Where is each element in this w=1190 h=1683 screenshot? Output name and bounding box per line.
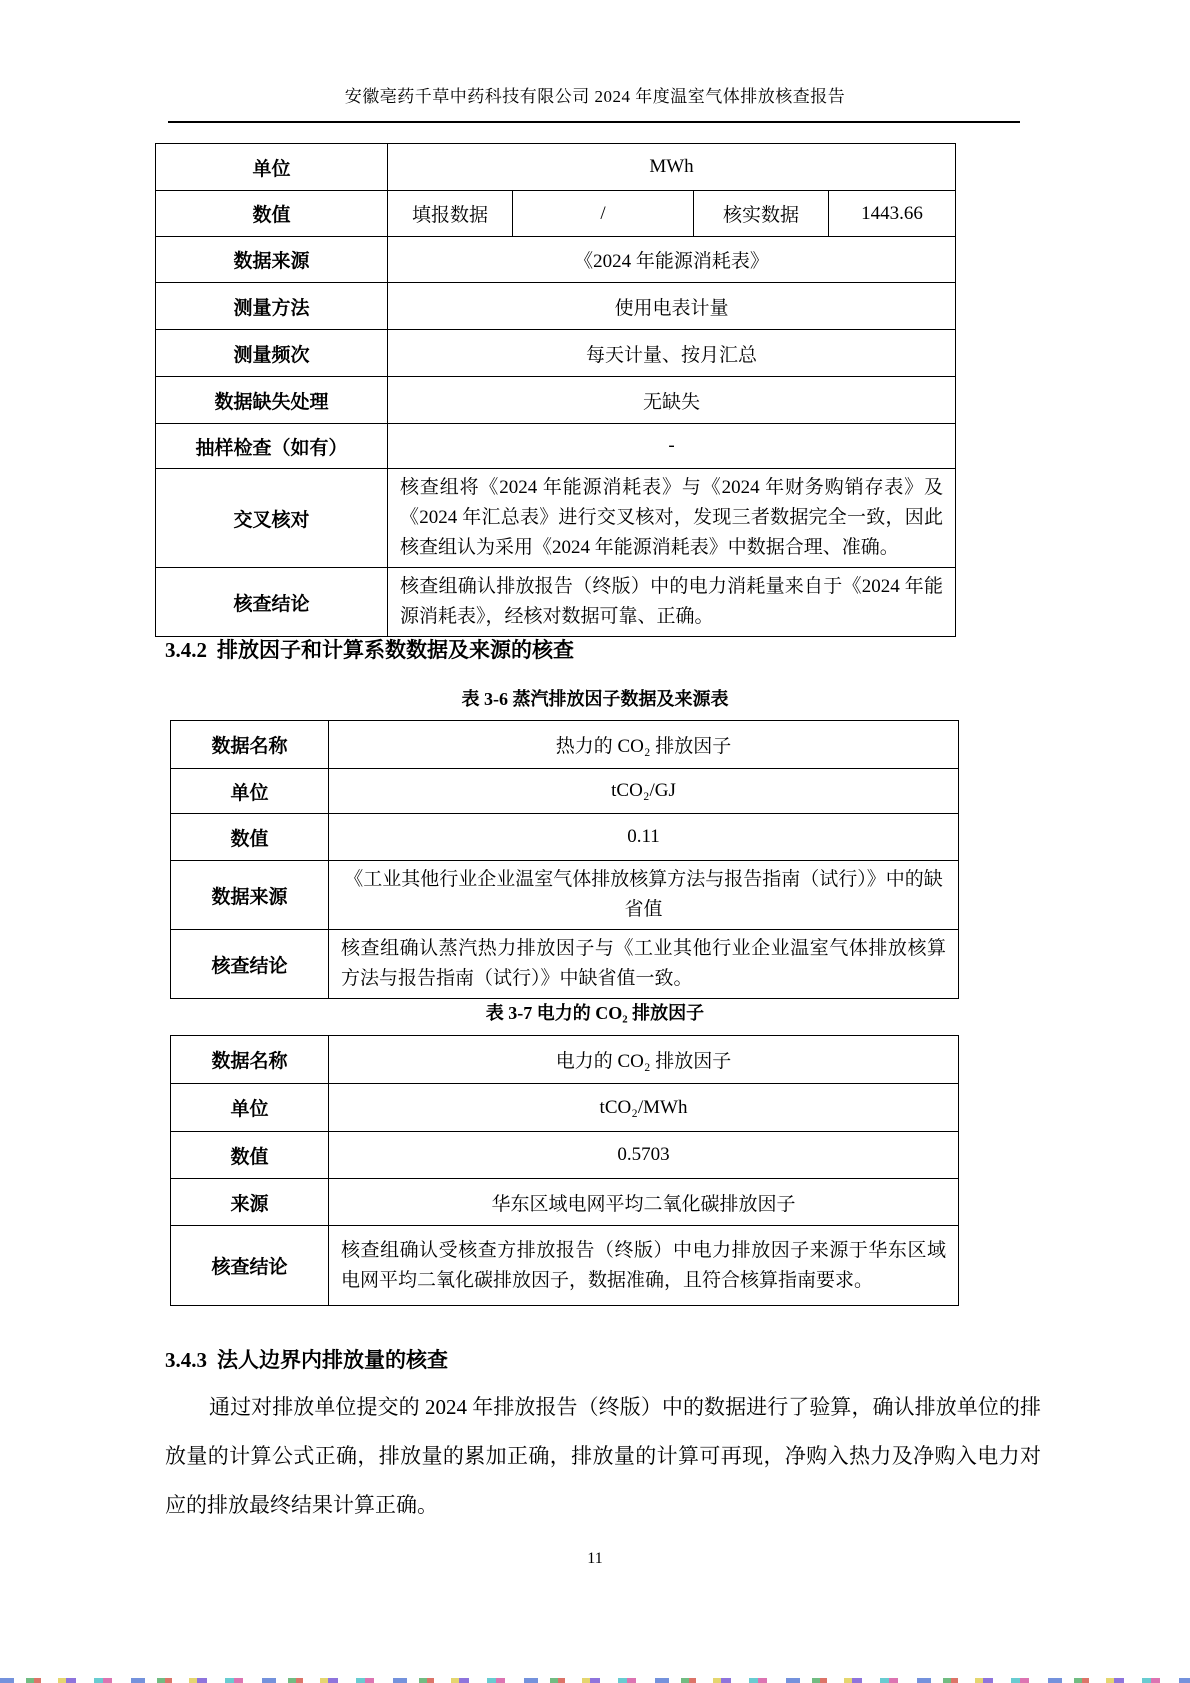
section-title: 法人边界内排放量的核查 — [217, 1348, 448, 1372]
row-label: 抽样检查（如有） — [156, 424, 388, 469]
section-3-4-3-paragraph: 通过对排放单位提交的 2024 年排放报告（终版）中的数据进行了验算，确认排放单… — [165, 1383, 1041, 1530]
table-3-7-caption: 表 3-7 电力的 CO₂ 排放因子 — [0, 999, 1190, 1025]
table-row: 数据名称 电力的 CO₂ 排放因子 — [171, 1036, 959, 1084]
section-heading-3-4-3: 3.4.3法人边界内排放量的核查 — [165, 1344, 448, 1374]
table-row: 数据来源 《工业其他行业企业温室气体排放核算方法与报告指南（试行）》中的缺省值 — [171, 861, 959, 930]
row-label: 核查结论 — [156, 568, 388, 637]
row-value: 热力的 CO₂ 排放因子 — [329, 721, 959, 769]
table-row: 数据名称 热力的 CO₂ 排放因子 — [171, 721, 959, 769]
reported-data-value: / — [513, 191, 694, 237]
row-label: 数值 — [171, 814, 329, 861]
verification-conclusion-text: 核查组确认蒸汽热力排放因子与《工业其他行业企业温室气体排放核算方法与报告指南（试… — [329, 930, 959, 999]
page-header-title: 安徽亳药千草中药科技有限公司 2024 年度温室气体排放核查报告 — [0, 82, 1190, 107]
row-label: 数值 — [171, 1132, 329, 1179]
row-value: tCO₂/GJ — [329, 769, 959, 814]
table-row: 核查结论 核查组确认受核查方排放报告（终版）中电力排放因子来源于华东区域电网平均… — [171, 1226, 959, 1306]
row-label: 数据缺失处理 — [156, 377, 388, 424]
table-row: 数据来源 《2024 年能源消耗表》 — [156, 237, 956, 283]
table-row: 抽样检查（如有） - — [156, 424, 956, 469]
row-value: - — [388, 424, 956, 469]
table-row: 数值 填报数据 / 核实数据 1443.66 — [156, 191, 956, 237]
table-row: 单位 tCO₂/MWh — [171, 1084, 959, 1132]
reported-data-label: 填报数据 — [388, 191, 513, 237]
verified-data-value: 1443.66 — [829, 191, 956, 237]
verification-conclusion-text: 核查组确认受核查方排放报告（终版）中电力排放因子来源于华东区域电网平均二氧化碳排… — [329, 1226, 959, 1306]
verified-data-label: 核实数据 — [694, 191, 829, 237]
row-value: 0.5703 — [329, 1132, 959, 1179]
row-label: 单位 — [171, 1084, 329, 1132]
table-3-6-caption: 表 3-6 蒸汽排放因子数据及来源表 — [0, 685, 1190, 711]
electricity-emission-factor-table: 数据名称 电力的 CO₂ 排放因子 单位 tCO₂/MWh 数值 0.5703 … — [170, 1035, 959, 1306]
section-number: 3.4.2 — [165, 638, 207, 662]
page-number: 11 — [0, 1550, 1190, 1568]
row-label: 数据来源 — [171, 861, 329, 930]
row-label: 数值 — [156, 191, 388, 237]
row-label: 测量频次 — [156, 330, 388, 377]
row-label: 单位 — [156, 144, 388, 191]
table-row: 来源 华东区域电网平均二氧化碳排放因子 — [171, 1179, 959, 1226]
table-row: 核查结论 核查组确认蒸汽热力排放因子与《工业其他行业企业温室气体排放核算方法与报… — [171, 930, 959, 999]
row-value: 使用电表计量 — [388, 283, 956, 330]
row-label: 数据名称 — [171, 721, 329, 769]
document-page: 安徽亳药千草中药科技有限公司 2024 年度温室气体排放核查报告 单位 MWh … — [0, 0, 1190, 1683]
cross-check-text: 核查组将《2024 年能源消耗表》与《2024 年财务购销存表》及《2024 年… — [388, 469, 956, 568]
row-value: tCO₂/MWh — [329, 1084, 959, 1132]
header-divider-line — [168, 121, 1020, 123]
table-row: 测量方法 使用电表计量 — [156, 283, 956, 330]
steam-emission-factor-table: 数据名称 热力的 CO₂ 排放因子 单位 tCO₂/GJ 数值 0.11 数据来… — [170, 720, 959, 999]
row-value: 每天计量、按月汇总 — [388, 330, 956, 377]
row-label: 数据来源 — [156, 237, 388, 283]
row-label: 来源 — [171, 1179, 329, 1226]
row-value: 0.11 — [329, 814, 959, 861]
electricity-consumption-table: 单位 MWh 数值 填报数据 / 核实数据 1443.66 数据来源 《2024… — [155, 143, 956, 637]
section-title: 排放因子和计算系数数据及来源的核查 — [217, 638, 574, 662]
row-label: 单位 — [171, 769, 329, 814]
row-value: 华东区域电网平均二氧化碳排放因子 — [329, 1179, 959, 1226]
table-row: 数据缺失处理 无缺失 — [156, 377, 956, 424]
row-label: 交叉核对 — [156, 469, 388, 568]
table-row: 交叉核对 核查组将《2024 年能源消耗表》与《2024 年财务购销存表》及《2… — [156, 469, 956, 568]
row-value: MWh — [388, 144, 956, 191]
data-source-text: 《工业其他行业企业温室气体排放核算方法与报告指南（试行）》中的缺省值 — [329, 861, 959, 930]
table-row: 核查结论 核查组确认排放报告（终版）中的电力消耗量来自于《2024 年能源消耗表… — [156, 568, 956, 637]
row-label: 核查结论 — [171, 930, 329, 999]
table-row: 数值 0.5703 — [171, 1132, 959, 1179]
row-value: 电力的 CO₂ 排放因子 — [329, 1036, 959, 1084]
row-value: 《2024 年能源消耗表》 — [388, 237, 956, 283]
table-row: 单位 tCO₂/GJ — [171, 769, 959, 814]
table-row: 单位 MWh — [156, 144, 956, 191]
row-label: 数据名称 — [171, 1036, 329, 1084]
row-label: 核查结论 — [171, 1226, 329, 1306]
row-label: 测量方法 — [156, 283, 388, 330]
scan-artifact-strip — [0, 1678, 1190, 1683]
section-heading-3-4-2: 3.4.2排放因子和计算系数数据及来源的核查 — [165, 634, 574, 664]
table-row: 数值 0.11 — [171, 814, 959, 861]
table-row: 测量频次 每天计量、按月汇总 — [156, 330, 956, 377]
row-value: 无缺失 — [388, 377, 956, 424]
verification-conclusion-text: 核查组确认排放报告（终版）中的电力消耗量来自于《2024 年能源消耗表》，经核对… — [388, 568, 956, 637]
section-number: 3.4.3 — [165, 1348, 207, 1372]
